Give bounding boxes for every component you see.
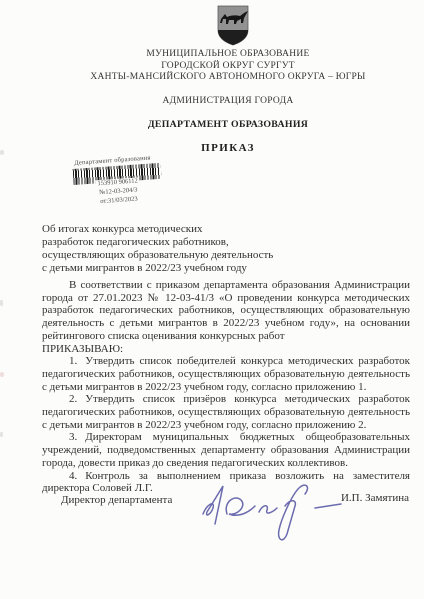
item-1-number: 1.	[69, 355, 77, 367]
item-2-text: Утвердить список призёров конкурса метод…	[42, 393, 410, 430]
subject-line-2: разработок педагогических работников,	[42, 236, 332, 249]
org-name-line-2: ГОРОДСКОЙ ОКРУГ СУРГУТ	[32, 61, 424, 73]
org-name-line-1: МУНИЦИПАЛЬНОЕ ОБРАЗОВАНИЕ	[32, 49, 424, 61]
scan-artifact	[0, 300, 3, 306]
handwritten-signature	[195, 478, 355, 548]
intro-paragraph: В соответствии с приказом департамента о…	[42, 279, 410, 343]
signer-position: Директор департамента	[61, 494, 172, 506]
item-1-text: Утвердить список победителей конкурса ме…	[42, 355, 410, 392]
item-4-number: 4.	[69, 470, 77, 482]
resolve-word: ПРИКАЗЫВАЮ:	[42, 343, 410, 356]
document-page: МУНИЦИПАЛЬНОЕ ОБРАЗОВАНИЕ ГОРОДСКОЙ ОКРУ…	[0, 0, 424, 599]
item-2-number: 2.	[69, 393, 77, 405]
scan-artifact	[0, 372, 4, 377]
order-item-1: 1.Утвердить список победителей конкурса …	[42, 355, 410, 393]
org-name-line-3: ХАНТЫ-МАНСИЙСКОГО АВТОНОМНОГО ОКРУГА – Ю…	[32, 72, 424, 84]
scan-artifact	[0, 150, 4, 155]
coat-of-arms-icon	[215, 4, 251, 46]
document-type-title: ПРИКАЗ	[32, 142, 424, 154]
order-item-2: 2.Утвердить список призёров конкурса мет…	[42, 393, 410, 431]
registration-stamp: Департамент образования 153910 906112 №1…	[72, 153, 173, 208]
order-item-3: 3.Директорам муниципальных бюджетных общ…	[42, 431, 410, 469]
subject-line-3: осуществляющих образовательную деятельно…	[42, 249, 332, 262]
item-3-text: Директорам муниципальных бюджетных общео…	[42, 431, 410, 468]
order-body: В соответствии с приказом департамента о…	[42, 279, 410, 495]
administration-title: АДМИНИСТРАЦИЯ ГОРОДА	[32, 96, 424, 106]
item-3-number: 3.	[69, 431, 77, 443]
order-subject: Об итогах конкурса методических разработ…	[42, 223, 332, 275]
signer-name: И.П. Замятина	[341, 492, 409, 504]
document-header: МУНИЦИПАЛЬНОЕ ОБРАЗОВАНИЕ ГОРОДСКОЙ ОКРУ…	[32, 49, 424, 84]
department-title: ДЕПАРТАМЕНТ ОБРАЗОВАНИЯ	[32, 119, 424, 130]
subject-line-1: Об итогах конкурса методических	[42, 223, 332, 236]
scan-artifact	[0, 432, 3, 437]
subject-line-4: с детьми мигрантов в 2022/23 учебном год…	[42, 262, 332, 275]
